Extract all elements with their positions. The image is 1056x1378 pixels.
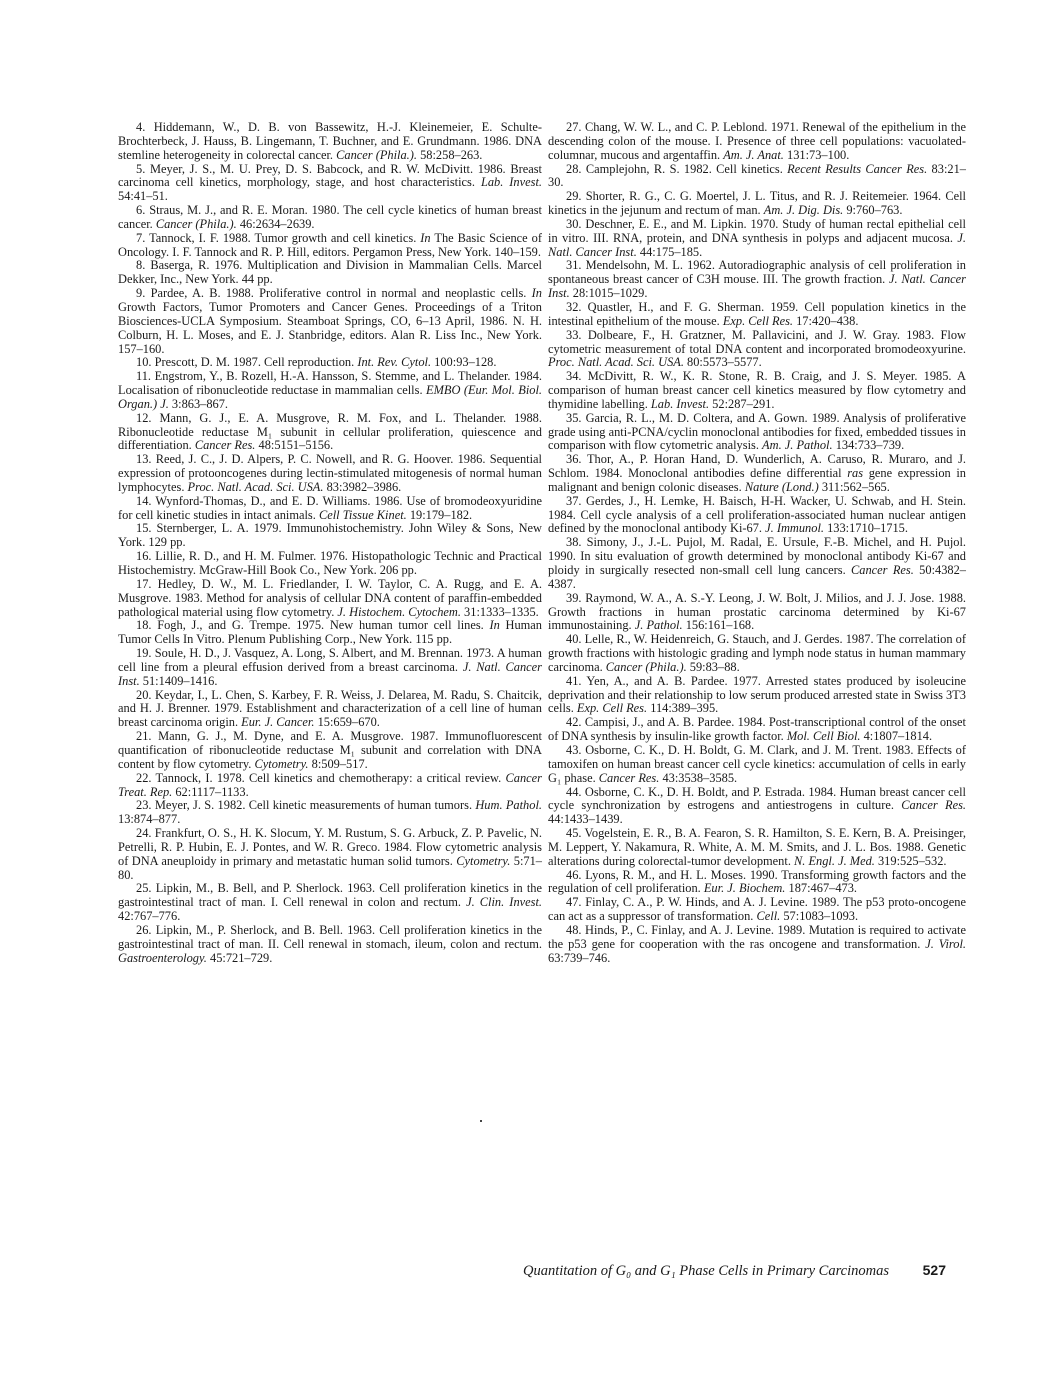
reference-text: Camplejohn, R. S. 1982. Cell kinetics. (586, 162, 787, 176)
reference-citation: 52:287–291. (709, 397, 774, 411)
reference-item: 31. Mendelsohn, M. L. 1962. Autoradiogra… (548, 259, 966, 301)
reference-citation: 80:5573–5577. (684, 355, 762, 369)
reference-text: Sternberger, L. A. 1979. Immunohistochem… (118, 521, 542, 549)
reference-item: 42. Campisi, J., and A. B. Pardee. 1984.… (548, 716, 966, 744)
reference-number: 36. (566, 452, 582, 466)
reference-number: 6. (136, 203, 145, 217)
reference-item: 5. Meyer, J. S., M. U. Prey, D. S. Babco… (118, 163, 542, 205)
reference-journal: In (420, 231, 430, 245)
reference-number: 14. (136, 494, 152, 508)
reference-number: 41. (566, 674, 582, 688)
reference-journal: Exp. Cell Res. (577, 701, 647, 715)
reference-journal: Am. J. Pathol. (762, 438, 833, 452)
reference-citation: 28:1015–1029. (570, 286, 648, 300)
reference-item: 28. Camplejohn, R. S. 1982. Cell kinetic… (548, 163, 966, 191)
reference-journal: In (532, 286, 542, 300)
reference-journal: Cytometry. (456, 854, 510, 868)
reference-citation: 57:1083–1093. (780, 909, 858, 923)
reference-journal: Recent Results Cancer Res. (787, 162, 927, 176)
reference-text: Tannock, I. 1978. Cell kinetics and chem… (156, 771, 506, 785)
reference-item: 20. Keydar, I., L. Chen, S. Karbey, F. R… (118, 689, 542, 731)
reference-journal: Exp. Cell Res. (723, 314, 793, 328)
reference-citation: 44:1433–1439. (548, 812, 623, 826)
reference-number: 29. (566, 189, 582, 203)
reference-number: 11. (136, 369, 151, 383)
reference-citation: 46:2634–2639. (237, 217, 315, 231)
reference-text: Lipkin, M., P. Sherlock, and B. Bell. 19… (118, 923, 542, 951)
reference-number: 46. (566, 868, 582, 882)
scan-speck (480, 1120, 482, 1122)
reference-item: 17. Hedley, D. W., M. L. Friedlander, I.… (118, 578, 542, 620)
reference-citation: 311:562–565. (819, 480, 890, 494)
reference-number: 42. (566, 715, 582, 729)
reference-citation: 3:863–867. (169, 397, 228, 411)
reference-item: 24. Frankfurt, O. S., H. K. Slocum, Y. M… (118, 827, 542, 882)
reference-item: 43. Osborne, C. K., D. H. Boldt, G. M. C… (548, 744, 966, 786)
reference-item: 34. McDivitt, R. W., K. R. Stone, R. B. … (548, 370, 966, 412)
reference-number: 13. (136, 452, 152, 466)
reference-item: 21. Mann, G. J., M. Dyne, and E. A. Musg… (118, 730, 542, 772)
reference-citation: 44:175–185. (637, 245, 702, 259)
reference-item: 29. Shorter, R. G., C. G. Moertel, J. L.… (548, 190, 966, 218)
reference-item: 16. Lillie, R. D., and H. M. Fulmer. 197… (118, 550, 542, 578)
reference-item: 14. Wynford-Thomas, D., and E. D. Willia… (118, 495, 542, 523)
reference-text: Dolbeare, F., H. Gratzner, M. Pallavicin… (548, 328, 966, 356)
reference-citation: 187:467–473. (785, 881, 857, 895)
reference-item: 44. Osborne, C. K., D. H. Boldt, and P. … (548, 786, 966, 828)
reference-item: 32. Quastler, H., and F. G. Sherman. 195… (548, 301, 966, 329)
reference-item: 30. Deschner, E. E., and M. Lipkin. 1970… (548, 218, 966, 260)
reference-item: 39. Raymond, W. A., A. S.-Y. Leong, J. W… (548, 592, 966, 634)
reference-citation: 15:659–670. (314, 715, 379, 729)
reference-item: 9. Pardee, A. B. 1988. Proliferative con… (118, 287, 542, 356)
reference-text: Hinds, P., C. Finlay, and A. J. Levine. … (548, 923, 966, 951)
reference-journal: Cancer (Phila.). (336, 148, 417, 162)
reference-journal: Lab. Invest. (481, 175, 542, 189)
reference-number: 23. (136, 798, 152, 812)
reference-citation: 19:179–182. (407, 508, 472, 522)
reference-number: 48. (566, 923, 582, 937)
reference-journal: Lab. Invest. (651, 397, 709, 411)
reference-number: 16. (136, 549, 152, 563)
reference-number: 40. (566, 632, 582, 646)
references-right-column: 27. Chang, W. W. L., and C. P. Leblond. … (548, 121, 966, 965)
reference-journal: J. Clin. Invest. (466, 895, 542, 909)
reference-citation: 4:1807–1814. (861, 729, 933, 743)
reference-item: 35. Garcia, R. L., M. D. Coltera, and A.… (548, 412, 966, 454)
reference-number: 39. (566, 591, 582, 605)
reference-citation: 31:1333–1335. (461, 605, 539, 619)
reference-journal: J. Virol. (925, 937, 966, 951)
reference-citation: 58:258–263. (417, 148, 482, 162)
reference-number: 15. (136, 521, 152, 535)
reference-number: 28. (566, 162, 582, 176)
reference-journal: Mol. Cell Biol. (787, 729, 861, 743)
reference-item: 8. Baserga, R. 1976. Multiplication and … (118, 259, 542, 287)
reference-citation: 17:420–438. (793, 314, 858, 328)
reference-item: 19. Soule, H. D., J. Vasquez, A. Long, S… (118, 647, 542, 689)
reference-journal: Am. J. Anat. (723, 148, 784, 162)
running-title: Quantitation of G₀ and G₁ Phase Cells in… (523, 1263, 889, 1279)
reference-citation: 134:733–739. (833, 438, 905, 452)
reference-item: 22. Tannock, I. 1978. Cell kinetics and … (118, 772, 542, 800)
reference-text: Tannock, I. F. 1988. Tumor growth and ce… (149, 231, 420, 245)
reference-citation: 51:1409–1416. (140, 674, 218, 688)
reference-number: 18. (136, 618, 152, 632)
reference-number: 10. (136, 355, 152, 369)
reference-number: 30. (566, 217, 582, 231)
reference-item: 47. Finlay, C. A., P. W. Hinds, and A. J… (548, 896, 966, 924)
reference-item: 7. Tannock, I. F. 1988. Tumor growth and… (118, 232, 542, 260)
reference-journal: Hum. Pathol. (475, 798, 542, 812)
reference-citation: 43:3538–3585. (659, 771, 737, 785)
reference-number: 37. (566, 494, 582, 508)
page-footer: Quantitation of G₀ and G₁ Phase Cells in… (523, 1262, 946, 1280)
reference-item: 11. Engstrom, Y., B. Rozell, H.-A. Hanss… (118, 370, 542, 412)
reference-number: 7. (136, 231, 145, 245)
reference-number: 43. (566, 743, 582, 757)
reference-text: Fogh, J., and G. Trempe. 1975. New human… (157, 618, 489, 632)
reference-journal: Nature (Lond.) (745, 480, 819, 494)
reference-number: 4. (136, 120, 145, 134)
reference-number: 5. (136, 162, 145, 176)
reference-journal: ras (847, 466, 863, 480)
reference-number: 19. (136, 646, 152, 660)
reference-item: 27. Chang, W. W. L., and C. P. Leblond. … (548, 121, 966, 163)
reference-number: 17. (136, 577, 152, 591)
reference-item: 6. Straus, M. J., and R. E. Moran. 1980.… (118, 204, 542, 232)
reference-journal: J. Histochem. Cytochem. (337, 605, 461, 619)
reference-number: 25. (136, 881, 152, 895)
reference-text: Baserga, R. 1976. Multiplication and Div… (118, 258, 542, 286)
reference-journal: Proc. Natl. Acad. Sci. USA. (188, 480, 324, 494)
reference-citation: 54:41–51. (118, 189, 168, 203)
reference-item: 38. Simony, J., J.-L. Pujol, M. Radal, E… (548, 536, 966, 591)
reference-item: 25. Lipkin, M., B. Bell, and P. Sherlock… (118, 882, 542, 924)
reference-journal: In (489, 618, 499, 632)
reference-citation: 63:739–746. (548, 951, 610, 965)
reference-journal: N. Engl. J. Med. (794, 854, 875, 868)
reference-journal: Cancer Res. (599, 771, 660, 785)
reference-citation: 131:73–100. (784, 148, 849, 162)
reference-citation: 48:5151–5156. (255, 438, 333, 452)
reference-item: 48. Hinds, P., C. Finlay, and A. J. Levi… (548, 924, 966, 966)
reference-number: 44. (566, 785, 582, 799)
reference-item: 37. Gerdes, J., H. Lemke, H. Baisch, H-H… (548, 495, 966, 537)
reference-number: 45. (566, 826, 582, 840)
reference-item: 15. Sternberger, L. A. 1979. Immunohisto… (118, 522, 542, 550)
reference-text: Prescott, D. M. 1987. Cell reproduction. (155, 355, 358, 369)
reference-item: 40. Lelle, R., W. Heidenreich, G. Stauch… (548, 633, 966, 675)
reference-item: 23. Meyer, J. S. 1982. Cell kinetic meas… (118, 799, 542, 827)
reference-text: Deschner, E. E., and M. Lipkin. 1970. St… (548, 217, 966, 245)
reference-journal: Proc. Natl. Acad. Sci. USA. (548, 355, 684, 369)
reference-item: 41. Yen, A., and A. B. Pardee. 1977. Arr… (548, 675, 966, 717)
reference-number: 38. (566, 535, 582, 549)
reference-journal: J. Pathol. (635, 618, 683, 632)
reference-item: 33. Dolbeare, F., H. Gratzner, M. Pallav… (548, 329, 966, 371)
reference-number: 8. (136, 258, 145, 272)
reference-item: 4. Hiddemann, W., D. B. von Bassewitz, H… (118, 121, 542, 163)
reference-citation: 13:874–877. (118, 812, 180, 826)
page-number: 527 (923, 1262, 946, 1278)
reference-item: 13. Reed, J. C., J. D. Alpers, P. C. Now… (118, 453, 542, 495)
reference-number: 24. (136, 826, 152, 840)
reference-number: 34. (566, 369, 582, 383)
reference-number: 26. (136, 923, 152, 937)
reference-citation: 42:767–776. (118, 909, 180, 923)
reference-journal: Gastroenterology. (118, 951, 207, 965)
reference-citation: 100:93–128. (431, 355, 496, 369)
reference-journal: J. Immunol. (765, 521, 824, 535)
reference-text: Shorter, R. G., C. G. Moertel, J. L. Tit… (548, 189, 966, 217)
reference-citation: 8:509–517. (309, 757, 368, 771)
reference-number: 12. (136, 411, 152, 425)
reference-citation: 114:389–395. (647, 701, 718, 715)
reference-journal: Cytometry. (255, 757, 309, 771)
reference-number: 35. (566, 411, 582, 425)
reference-citation: 319:525–532. (875, 854, 947, 868)
reference-number: 31. (566, 258, 582, 272)
reference-text: Meyer, J. S. 1982. Cell kinetic measurem… (155, 798, 476, 812)
reference-item: 36. Thor, A., P. Horan Hand, D. Wunderli… (548, 453, 966, 495)
reference-journal: Eur. J. Cancer. (241, 715, 314, 729)
reference-citation: 9:760–763. (843, 203, 902, 217)
reference-journal: Cancer Res. (901, 798, 966, 812)
reference-citation: 156:161–168. (683, 618, 755, 632)
reference-citation: 45:721–729. (207, 951, 272, 965)
reference-text: Raymond, W. A., A. S.-Y. Leong, J. W. Bo… (548, 591, 966, 633)
reference-journal: Am. J. Dig. Dis. (764, 203, 844, 217)
reference-number: 47. (566, 895, 582, 909)
reference-journal: Cancer (Phila.). (606, 660, 687, 674)
reference-journal: Cell. (757, 909, 781, 923)
reference-journal: Cell Tissue Kinet. (319, 508, 407, 522)
reference-citation: 83:3982–3986. (323, 480, 401, 494)
reference-text: Pardee, A. B. 1988. Proliferative contro… (151, 286, 532, 300)
reference-journal: Cancer Res. (851, 563, 914, 577)
reference-number: 9. (136, 286, 145, 300)
reference-citation: Growth Factors, Tumor Promoters and Canc… (118, 300, 542, 356)
reference-item: 26. Lipkin, M., P. Sherlock, and B. Bell… (118, 924, 542, 966)
reference-citation: 133:1710–1715. (824, 521, 908, 535)
reference-citation: 59:83–88. (687, 660, 740, 674)
reference-journal: Cancer Res. (195, 438, 256, 452)
reference-journal: Cancer (Phila.). (156, 217, 237, 231)
reference-item: 46. Lyons, R. M., and H. L. Moses. 1990.… (548, 869, 966, 897)
reference-number: 22. (136, 771, 152, 785)
reference-item: 10. Prescott, D. M. 1987. Cell reproduct… (118, 356, 542, 370)
reference-item: 45. Vogelstein, E. R., B. A. Fearon, S. … (548, 827, 966, 869)
reference-number: 33. (566, 328, 582, 342)
reference-text: Lillie, R. D., and H. M. Fulmer. 1976. H… (118, 549, 542, 577)
reference-number: 32. (566, 300, 582, 314)
reference-item: 18. Fogh, J., and G. Trempe. 1975. New h… (118, 619, 542, 647)
reference-journal: Eur. J. Biochem. (704, 881, 786, 895)
references-left-column: 4. Hiddemann, W., D. B. von Bassewitz, H… (118, 121, 542, 965)
reference-citation: 62:1117–1133. (172, 785, 248, 799)
reference-item: 12. Mann, G. J., E. A. Musgrove, R. M. F… (118, 412, 542, 454)
reference-number: 21. (136, 729, 152, 743)
reference-number: 27. (566, 120, 582, 134)
reference-number: 20. (136, 688, 152, 702)
reference-journal: Int. Rev. Cytol. (357, 355, 431, 369)
reference-text: Meyer, J. S., M. U. Prey, D. S. Babcock,… (118, 162, 542, 190)
